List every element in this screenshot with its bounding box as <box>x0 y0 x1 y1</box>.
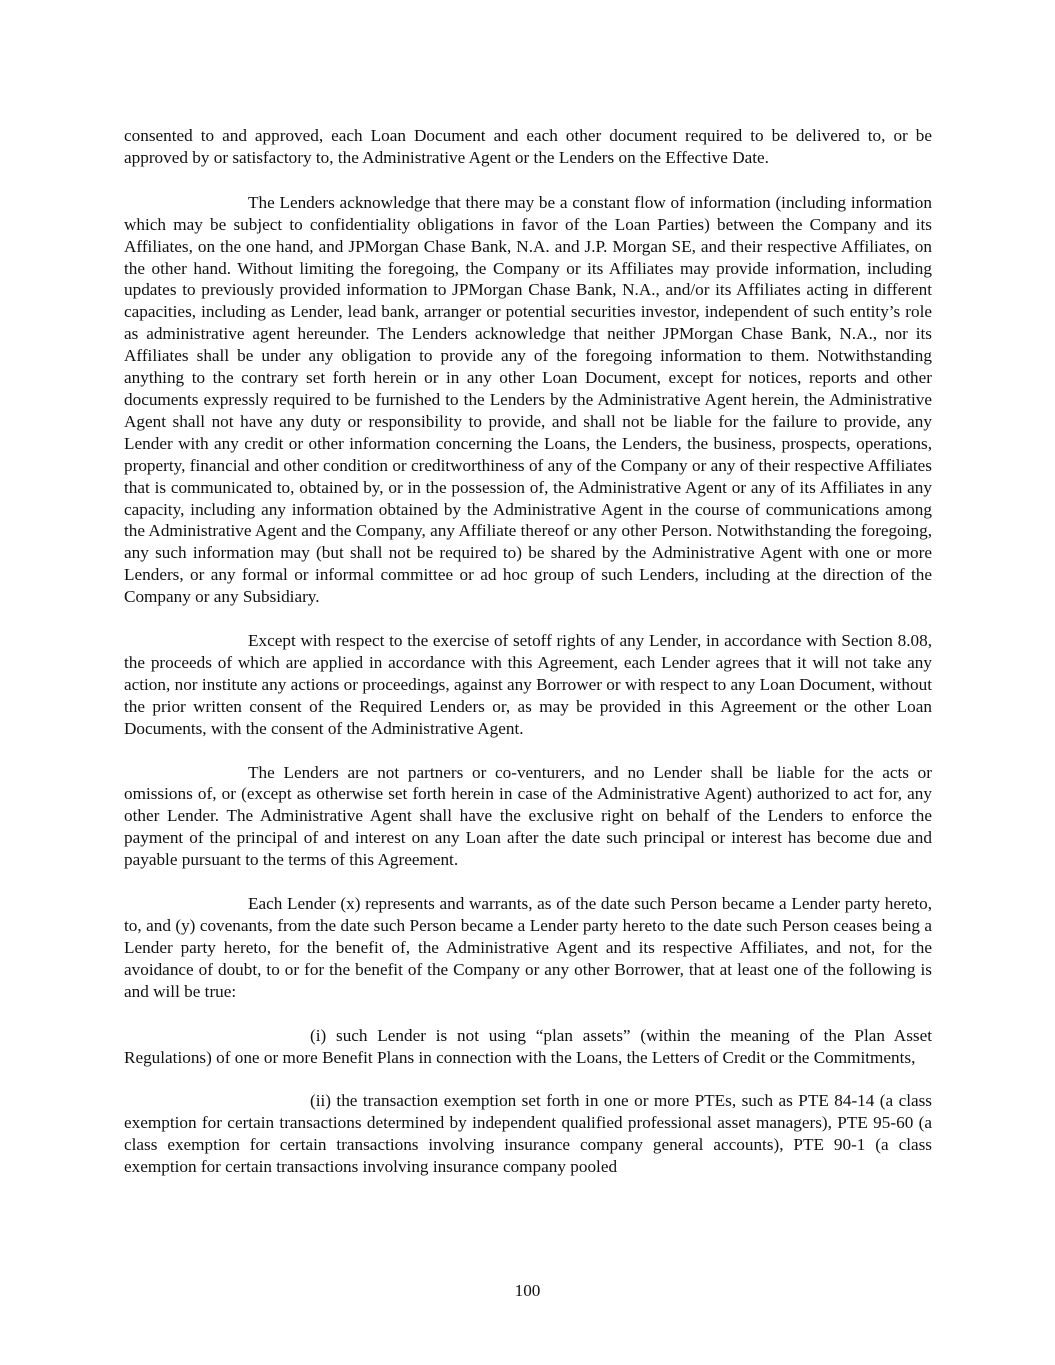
clause-ii-transaction-exemption: (ii) the transaction exemption set forth… <box>124 1090 932 1178</box>
paragraph-not-partners: The Lenders are not partners or co-ventu… <box>124 762 932 872</box>
paragraph-setoff-rights: Except with respect to the exercise of s… <box>124 630 932 740</box>
paragraph-lender-representations: Each Lender (x) represents and warrants,… <box>124 893 932 1003</box>
document-page-body: consented to and approved, each Loan Doc… <box>124 125 932 1200</box>
page-number: 100 <box>0 1280 1055 1302</box>
clause-i-plan-assets: (i) such Lender is not using “plan asset… <box>124 1025 932 1069</box>
paragraph-information-flow: The Lenders acknowledge that there may b… <box>124 192 932 608</box>
paragraph-effective-date-continuation: consented to and approved, each Loan Doc… <box>124 125 932 169</box>
